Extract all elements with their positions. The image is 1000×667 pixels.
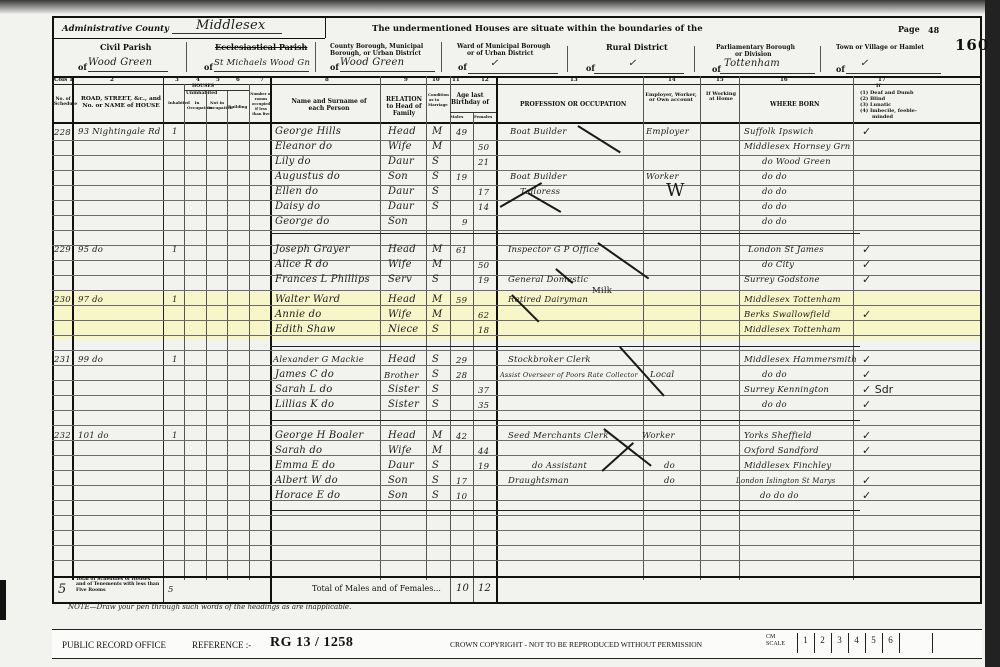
col-occupation-header: PROFESSION OR OCCUPATION (520, 101, 626, 108)
address: 95 do (78, 245, 103, 255)
col-age-header: Age last Birthday of (450, 92, 490, 106)
col-name-header: Name and Surname of each Person (284, 98, 374, 112)
civil-parish-value: Wood Green (88, 57, 152, 68)
scan-right-edge (985, 0, 1000, 667)
col-where-born-header: WHERE BORN (770, 101, 820, 108)
houses-total: 5 (168, 585, 174, 595)
admin-county-value: Middlesex (196, 18, 265, 33)
page-label: Page (898, 24, 920, 34)
parliamentary-label-2: or Division (735, 51, 772, 58)
admin-county-label: Administrative County (62, 24, 169, 34)
title-banner: The undermentioned Houses are situate wi… (372, 24, 703, 34)
col-building-header: Building (228, 104, 247, 109)
reference-number: RG 13 / 1258 (270, 635, 353, 651)
col-not-in-occupation-header: Not in Occupation (207, 100, 227, 110)
scan-top-edge (0, 0, 1000, 14)
town-village-value: ✓ (860, 58, 869, 69)
schedules-total-label: Total of Schedules of Houses and of Tene… (76, 577, 160, 593)
ward-value: ✓ (490, 58, 499, 69)
col-males-header: Males (450, 114, 463, 119)
schedule-number: 228 (54, 128, 71, 138)
col-females-header: Females (474, 114, 492, 119)
col-uninhabited-header: Uninhabited (186, 91, 217, 96)
ecclesiastical-parish-label: Ecclesiastical Parish (215, 42, 307, 52)
col-employment-header: Employer, Worker, or Own account (644, 93, 698, 103)
col-houses-header: HOUSES (192, 84, 214, 89)
males-total: 10 (456, 583, 469, 594)
urban-district-label-1: County Borough, Municipal (330, 43, 423, 50)
address: 99 do (78, 355, 103, 365)
col-condition-header: Condition as to Marriage (428, 92, 440, 107)
ward-label-1: Ward of Municipal Borough (457, 43, 550, 50)
page-number: 48 (928, 25, 939, 35)
rural-district-value: ✓ (628, 58, 637, 69)
persons-total-label: Total of Males and of Females... (312, 584, 441, 593)
schedule-number: 232 (54, 431, 71, 441)
reference-label: REFERENCE :- (192, 640, 251, 650)
females-total: 12 (478, 583, 491, 594)
inhabited-count: 1 (172, 295, 178, 305)
urban-district-label-2: Borough, or Urban District (330, 50, 421, 57)
copyright-notice: CROWN COPYRIGHT - NOT TO BE REPRODUCED W… (450, 640, 702, 649)
record-office: PUBLIC RECORD OFFICE (62, 640, 166, 650)
col-road-header: ROAD, STREET, &c., and No. or NAME of HO… (78, 96, 164, 110)
instruction-note: NOTE—Draw your pen through such words of… (68, 603, 351, 611)
col-rooms-header: Number of rooms occupied if less than fi… (250, 92, 272, 117)
scan-left-mark (0, 580, 6, 620)
civil-parish-label: Civil Parish (100, 42, 151, 52)
col-working-home-header: If Working at Home (704, 92, 738, 102)
rural-district-label: Rural District (606, 42, 668, 52)
folio-number: 160 (955, 36, 989, 54)
enumerator-code-mark: Milk (592, 286, 612, 296)
inhabited-count: 1 (172, 127, 178, 137)
address: 101 do (78, 431, 109, 441)
schedule-number: 231 (54, 355, 71, 365)
parliamentary-division-value: Tottenham (724, 58, 780, 69)
schedule-number: 230 (54, 295, 71, 305)
ecclesiastical-parish-value: St Michaels Wood Gn (214, 58, 310, 68)
inhabited-count: 1 (172, 355, 178, 365)
col-relation-header: RELATION to Head of Family (383, 96, 425, 117)
town-village-label: Town or Village or Hamlet (836, 44, 924, 51)
enumerator-w-mark: W (666, 180, 685, 201)
col-schedule-header: No. of Schedule (54, 97, 72, 107)
urban-district-value: Wood Green (340, 57, 404, 68)
parliamentary-label-1: Parliamentary Borough (716, 44, 795, 51)
inhabited-count: 1 (172, 245, 178, 255)
inhabited-count: 1 (172, 431, 178, 441)
col-in-occupation-header: In Occupation (187, 100, 207, 110)
archive-footer: PUBLIC RECORD OFFICE REFERENCE :- RG 13 … (52, 629, 982, 659)
address: 97 do (78, 295, 103, 305)
address: 93 Nightingale Rd (78, 127, 160, 137)
scale-label: CM SCALE (766, 634, 788, 648)
ward-label-2: or of Urban District (467, 50, 533, 57)
schedule-number: 229 (54, 245, 71, 255)
schedules-total: 5 (58, 582, 66, 597)
